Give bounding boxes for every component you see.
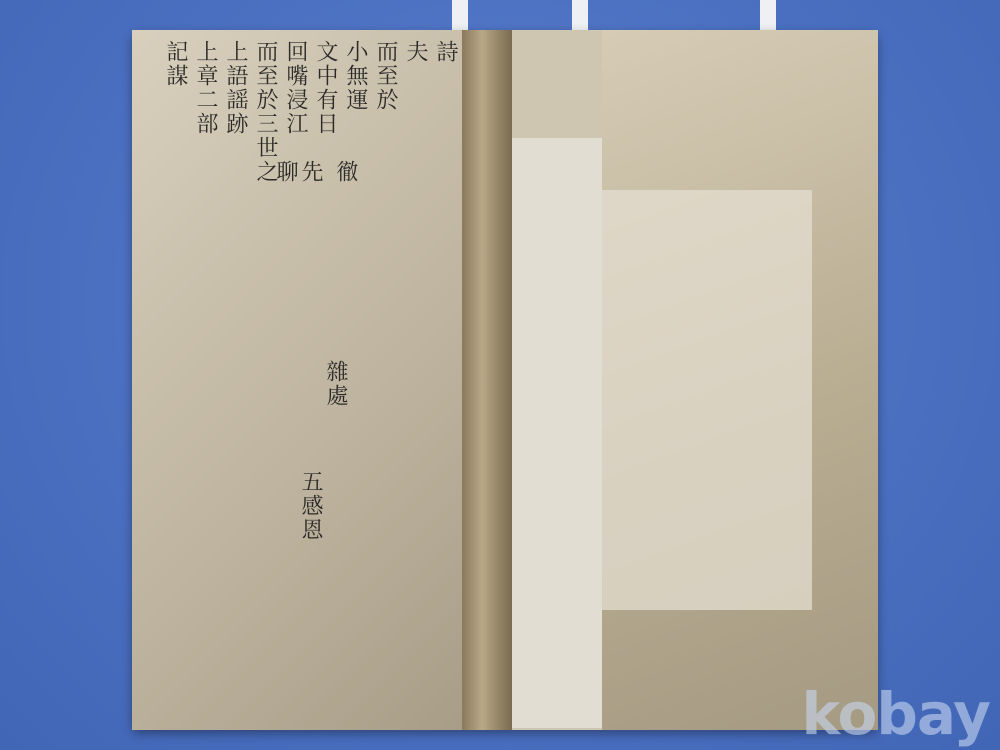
text-column: 回嘴浸江	[282, 40, 308, 136]
book-spine	[462, 30, 512, 730]
text-column: 詩	[432, 40, 458, 64]
text-column: 記謀	[162, 40, 188, 88]
text-column: 徹	[332, 160, 358, 184]
text-column: 文中有日	[312, 40, 338, 136]
text-column: 而至於	[372, 40, 398, 112]
text-column: 夫	[402, 40, 428, 64]
paper-strip	[512, 138, 602, 728]
text-column: 聊	[272, 160, 298, 184]
manuscript-book: 詩 夫 而至於 小無運 文中有日 回嘴浸江 而至於三世之 上語謡跡 上章二部 記…	[132, 30, 878, 730]
text-column: 上語謡跡	[222, 40, 248, 136]
paper-patch	[602, 190, 812, 610]
watermark-logo: kobay	[801, 680, 990, 748]
text-column: 小無運	[342, 40, 368, 112]
text-column: 先	[297, 160, 323, 184]
text-column: 五感恩	[297, 470, 323, 542]
text-column: 雜處	[322, 360, 348, 408]
text-column: 上章二部	[192, 40, 218, 136]
